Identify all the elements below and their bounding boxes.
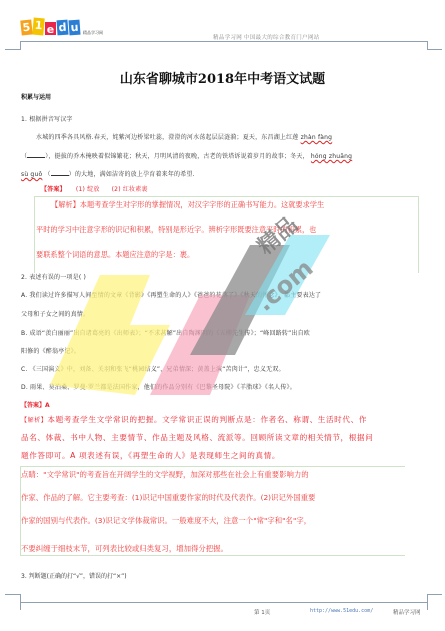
q1-answer: 【答案】 (1) 绽放 (2) 红妆素裹 — [41, 184, 148, 193]
answer-item-1: (1) 绽放 — [76, 186, 100, 193]
logo-block-d: d — [56, 20, 68, 36]
header-corner-mark-left-h — [5, 49, 20, 50]
logo-subtext: 精品学习网 — [83, 30, 103, 35]
q1-analysis-line-1: 【解析】本题考查学生对字形的掌握情况，对汉字字形的正确书写能力。这就要求学生 — [51, 200, 324, 210]
page-number: 第 1页 — [254, 608, 270, 616]
q3-stem: 3. 判断题(正确的打“√”，错误的打“×”) — [21, 571, 127, 580]
q1-line-1: 水城的四季各具风格.春天，姹紫河边桥梁吐蕊，澄澄的河水荡起层层涟漪；夏天，东昌湖… — [36, 132, 332, 141]
header-divider — [20, 41, 427, 42]
q2-option-a: A. 我们读过许多描写人间至情的文章《背影》《再塑生命的人》《爸爸的花落了》《秋… — [21, 290, 321, 299]
pinyin-zhanfang: zhàn fàng — [301, 134, 333, 141]
q2-option-a-cont: 父母和子女之间的真情。 — [21, 309, 89, 318]
footer-site-name: 精品学习网 — [393, 608, 421, 616]
section-heading: 积累与运用 — [21, 92, 51, 101]
q2-option-d: D. 雨果、莫泊桑、罗曼·罗兰都是法国作家，他们的作品分别有《巴黎圣母院》《羊脂… — [21, 382, 296, 391]
q2-point-line-3: 作家的国别与代表作。(3)识记文学体裁常识。一般难度不大，注意一个"常"字和"名… — [21, 515, 311, 526]
q1-line-3-text: ）的大地，满如洁寄的放上孕育着来年的希望. — [69, 171, 195, 178]
header-tagline: 精品学习网 中国最大的综合教育门户网站 — [213, 33, 319, 41]
document-page: 5 1 e d u 精品学习网 精品学习网 中国最大的综合教育门户网站 山东省聊… — [0, 0, 445, 631]
q2-point-line-1: 点睛："文学常识"的考查旨在开阔学生的文学视野，加深对那些在社会上有重要影响力的 — [21, 469, 309, 480]
q2-stem: 2. 表述有误的一项是( ) — [21, 272, 86, 281]
footer-link[interactable]: http://www.51edu.com/ — [310, 608, 373, 614]
q2-option-c: C. 《三国演义》中，刘备、关羽和张飞“桃园结义”，兄弟情深；黄盖上演“苦肉计”… — [21, 364, 285, 373]
q1-line-2: （），挺拔的乔木掩映着似锦繁花；秋天，月明风清的夜晚，古老的铁塔诉说着岁月的故事… — [21, 151, 352, 160]
q2-analysis-line-2: 品名、体裁、书中人物、主要情节、作品主题及风格、流派等。回顾所读文章的相关情节，… — [21, 432, 373, 443]
answer-label: 【答案】 — [41, 186, 66, 193]
logo-block-e: e — [45, 22, 56, 35]
logo-block-5: 5 — [20, 19, 33, 35]
q1-line-3: sù guǒ （）的大地，满如洁寄的放上孕育着来年的希望. — [21, 169, 195, 178]
answer-blank-2[interactable] — [51, 170, 69, 176]
q2-option-b: B. 成语“羡白丽丽”出自诸葛亮的《出师表》；“不求甚解”出自陶渊明的《五柳先生… — [21, 328, 310, 337]
q1-stem: 1. 根据拼音写汉字 — [21, 114, 73, 123]
q1-analysis-line-2: 平时的学习中注意字形的识记和积累，特别是形近字。辨析字形既要注意平时的积累，也 — [36, 225, 316, 235]
footer-corner-mark-right-h — [427, 594, 442, 595]
footer-divider — [20, 602, 427, 603]
document-title: 山东省聊城市2018年中考语文试题 — [0, 68, 445, 87]
header-corner-mark-left — [20, 41, 21, 50]
footer-corner-mark-right — [427, 594, 428, 610]
pinyin-suguo: sù guǒ — [21, 171, 42, 178]
analysis-tag: 【解析】 — [21, 417, 47, 424]
q2-analysis-text-1: 本题考查学生文学常识的把握。文学常识正误的判断点是：作者名、称谓、生活时代、作 — [47, 415, 367, 424]
q1-line-1-text: 水城的四季各具风格.春天，姹紫河边桥梁吐蕊，澄澄的河水荡起层层涟漪；夏天，东昌湖… — [36, 134, 299, 141]
q1-analysis-line-3: 要联系整个词语的意思。本题应注意的字是：裹。 — [36, 250, 194, 260]
logo-block-u: u — [68, 20, 80, 36]
header-corner-mark-right-h — [427, 49, 442, 50]
logo-block-1: 1 — [32, 18, 44, 36]
pinyin-hongzhuang: hóng zhuāng — [311, 153, 352, 160]
q2-analysis-line-1: 【解析】本题考查学生文学常识的把握。文学常识正误的判断点是：作者名、称谓、生活时… — [21, 414, 367, 425]
footer-corner-mark-left-h — [5, 594, 20, 595]
q1-line-2-text: ），挺拔的乔木掩映着似锦繁花；秋天，月明风清的夜晚，古老的铁塔诉说着岁月的故事；… — [45, 153, 309, 160]
site-logo[interactable]: 5 1 e d u 精品学习网 — [21, 17, 103, 35]
q2-answer: 【答案】A — [21, 400, 50, 409]
q2-point-line-2: 作家、作品的了解。它主要考查：(1)识记中国重要作家的时代及代表作。(2)识记外… — [21, 492, 315, 503]
q2-analysis-line-3: 题作答即可。A 项表述有误，《再塑生命的人》是表现师生之间的真情。 — [21, 450, 280, 461]
answer-blank-1[interactable] — [27, 152, 45, 158]
answer-item-2: (2) 红妆素裹 — [112, 186, 148, 193]
q2-point-line-4: 不要纠缠于细枝末节，可列表比较或归类复习，增加得分把握。 — [21, 543, 228, 554]
q2-option-b-cont: 阳修的《醉翁亭记》。 — [21, 346, 80, 355]
